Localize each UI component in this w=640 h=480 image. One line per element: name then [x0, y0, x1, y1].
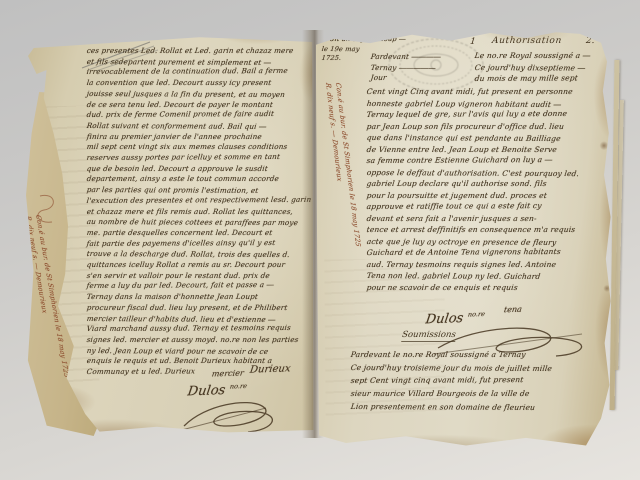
manuscript-line: irrevocablement de la continuation dud. … — [86, 66, 311, 78]
opening-line: Le no.re Royal soussigné a ― — [474, 50, 591, 62]
manuscript-line: et chazaz mere et fils remis aud. Rollat… — [86, 207, 311, 218]
manuscript-line: gabriel Loup declare qu'il authorise son… — [366, 178, 607, 190]
manuscript-line: Ternay lequel de gre, sur l'avis qui luy… — [366, 108, 608, 121]
manuscript-line: l'execution des presentes et ont respect… — [86, 195, 311, 207]
notary-title: no.re — [467, 310, 485, 319]
manuscript-line: Viard marchand aussy dud. Ternay et tesm… — [86, 323, 311, 335]
manuscript-line: pour ne scavoir de ce enquis et requis — [366, 282, 607, 294]
margin-word: Jour — [370, 73, 441, 84]
manuscript-line: tence et arrest deffinitifs en consequen… — [366, 224, 607, 236]
manuscript-line: Pardevant le no.re Royal soussigné a Ter… — [350, 348, 602, 361]
witness-signature-durieux: Durieux — [249, 363, 291, 375]
section-heading-soumissions: Soumissions — [401, 330, 456, 342]
manuscript-line: ces presentes Led. Rollat et Led. garin … — [86, 46, 311, 57]
manuscript-line: Ternay dans la maison d'honnette Jean Lo… — [86, 292, 311, 303]
manuscript-line: la convention que led. Decourt aussy icy… — [86, 78, 311, 89]
margin-date-line: le dit an et Jean Loup ― — [321, 35, 406, 45]
notary-title: no.re — [229, 382, 247, 391]
manuscript-line: signes led. mercier et aussy moyd. no.re… — [86, 335, 311, 346]
manuscript-line: dud. prix de ferme Comenil promet de fai… — [86, 109, 311, 121]
manuscript-line: Lion presentement en son domaine de fleu… — [350, 400, 602, 414]
manuscript-line: sieur maurice Villard Bourgeois de la vi… — [350, 387, 602, 400]
witness-signature-tena: tena — [503, 304, 523, 316]
manuscript-line: reserves aussy portes par icelluy et som… — [86, 152, 311, 164]
manuscript-line: sa femme contre Estienne Guichard on luy… — [366, 154, 608, 167]
manuscript-line: departement, ainsy a este le tout commun… — [86, 174, 311, 185]
margin-word: Pardevant ―――― — [370, 52, 441, 63]
manuscript-line: finira au premier janvier de l'annee pro… — [86, 132, 311, 143]
manuscript-line: ferme a luy du par led. Decourt, fait et… — [86, 280, 311, 292]
right-manuscript-page: 1 Authorisation 2. le dit an et Jean Lou… — [316, 28, 616, 448]
manuscript-line: devant et sera fait a l'avenir jusques a… — [366, 213, 607, 225]
manuscript-line: sept Cent vingt cinq avant midi, fut pre… — [350, 373, 602, 387]
manuscript-line: jouisse seul jusques a la fin du present… — [86, 89, 311, 101]
opening-right-column: Le no.re Royal soussigné a ―Ce jourd'huy… — [474, 50, 590, 85]
opening-margin-words: Pardevant ――――Ternay ―――――Jour — [370, 52, 440, 84]
soumissions-text-block: Pardevant le no.re Royal soussigné a Ter… — [350, 348, 600, 413]
manuscript-line: Cent vingt Cinq avant midi, fut present … — [366, 86, 607, 98]
page-number: 2. — [585, 36, 595, 46]
right-page-text-block: Cent vingt Cinq avant midi, fut present … — [366, 86, 606, 293]
manuscript-line: procureur fiscal dud. lieu luy present, … — [86, 303, 311, 314]
manuscript-line: quittances icelluy Rollat a remis au sr.… — [86, 260, 311, 271]
manuscript-line: que dans l'instance qui est pendante au … — [366, 132, 607, 145]
manuscript-line: approuve et ratiffie tout ce qui a este … — [366, 200, 608, 213]
witness-signature-mercier: mercier — [211, 367, 244, 379]
notary-paraph-flourish — [170, 392, 290, 436]
manuscript-line: Tena non led. gabriel Loup ny led. Guich… — [366, 270, 607, 283]
manuscript-line: fait partie des payemens d'icelles ainsy… — [86, 237, 311, 249]
page-title: Authorisation — [491, 36, 562, 46]
manuscript-line: Guichard et de Antoine Tena vignerons ha… — [366, 246, 608, 259]
left-manuscript-page: ces presentes Led. Rollat et Led. garin … — [28, 34, 314, 434]
manuscript-line: que de besoin led. Decourt a approuve le… — [86, 164, 311, 175]
manuscript-line: aud. Ternay tesmoins requis signes led. … — [366, 259, 607, 271]
left-page-text-block: ces presentes Led. Rollat et Led. garin … — [86, 46, 310, 378]
opening-line: du mois de may mille sept — [474, 72, 591, 84]
header-number-left: 1 — [469, 37, 476, 47]
manuscript-photo: Con.é au bur. de St Simphorien le 18 may… — [0, 0, 640, 480]
manuscript-line: par Jean Loup son fils procureur d'offic… — [366, 121, 607, 133]
